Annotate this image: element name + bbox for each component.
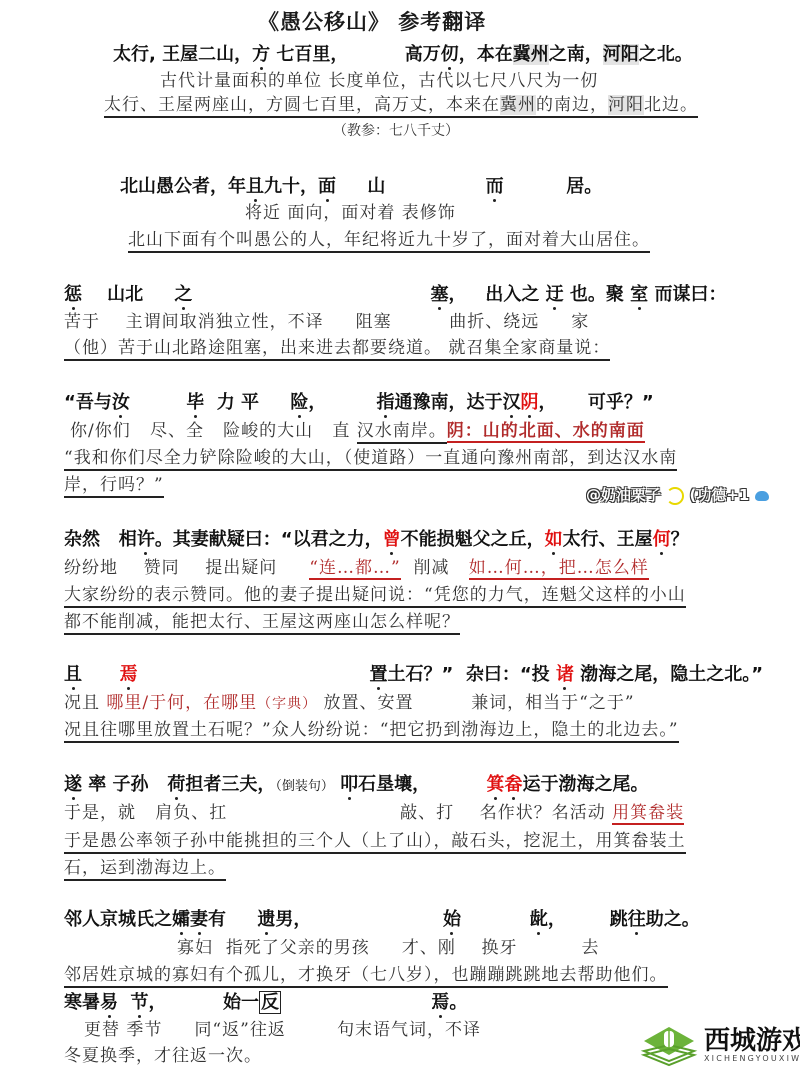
gloss-8-part: 寡妇 [177, 938, 213, 958]
gloss-2: 将近 面向，面对着 表修饰 [245, 198, 456, 223]
gloss-5-red: 如…何…，把…怎么样 [469, 558, 649, 580]
gloss-8: 寡妇 指死了父亲的男孩 才、刚 换牙 去 [177, 933, 600, 958]
gloss-9-part: 季节 [126, 1020, 162, 1040]
gloss-red-note: 阴：山的北面、水的南面 [447, 421, 645, 443]
gloss-9-part: 更替 [84, 1020, 120, 1040]
gloss-4: 你/你们 尽、全 险峻的大山 直 汉水南岸。阴：山的北面、水的南面 [70, 416, 645, 441]
gloss-9: 更替 季节 同“返”往返 句末语气词，不译 [84, 1015, 481, 1040]
original-text-8: 邻人京城氏之孀妻有 遗男， 始 龀， 跳往助之。 [64, 905, 700, 931]
translation-9: 冬夏换季，才往返一次。 [64, 1041, 262, 1067]
gloss-6-part: 放置、安置 [324, 693, 414, 713]
gloss-7-part: 肩负、扛 [155, 803, 227, 823]
gloss-9-part: 句末语气词，不译 [337, 1020, 481, 1040]
original-text-9: 寒暑易 节， 始一反 焉。 [64, 988, 467, 1014]
gloss-5-part: 提出疑问 [205, 558, 277, 578]
page-title: 《愚公移山》 参考翻译 [258, 6, 486, 36]
gloss-6-dictionary: （字典） [257, 696, 317, 712]
gloss-5: 纷纷地 赞同 提出疑问 “连…都…” 削减 如…何…，把…怎么样 [64, 553, 649, 578]
original-text-7: 遂 率 子孙 荷担者三夫，（倒装句） 叩石垦壤， 箕畚运于渤海之尾。 [64, 770, 649, 796]
translation-8: 邻居姓京城的寡妇有个孤儿，才换牙（七八岁），也蹦蹦跳跳地去帮助他们。 [64, 960, 668, 988]
translation-1: 太行、王屋两座山，方圆七百里，高万丈，本来在冀州的南边，河阳北边。 [104, 90, 698, 118]
gloss-5-part: 赞同 [144, 558, 180, 578]
gloss-7-red: 用箕畚装 [612, 803, 684, 825]
watermark: @奶油栗子 (功德+1 [586, 484, 769, 505]
gloss-6-part: 兼词，相当于“之于” [471, 693, 634, 713]
translation-5-line1: 大家纷纷的表示赞同。他的妻子提出疑问说：“凭您的力气，连魁父这样的小山 [64, 580, 686, 608]
whale-icon [755, 491, 769, 501]
translation-7-line2: 石，运到渤海边上。 [64, 853, 226, 881]
original-text-3: 惩 山北 之 塞， 出入之 迂 也。聚 室 而谋曰： [64, 280, 726, 306]
gloss-7: 于是，就 肩负、扛 敲、打 名作状？名活动 用箕畚装 [64, 798, 684, 823]
watermark-handle: @奶油栗子 [586, 486, 661, 504]
gloss-7-part: 名作状？名活动 [480, 803, 606, 823]
gloss-5-part: 纷纷地 [64, 558, 118, 578]
gloss-9-part: 同“返”往返 [194, 1020, 285, 1040]
logo-pinyin: XICHENGYOUXIWANG [704, 1054, 800, 1063]
gloss-6-part: 况且 [64, 693, 100, 713]
translation-7-line1: 于是愚公率领子孙中能挑担的三个人（上了山），敲石头，挖泥土，用箕畚装土 [64, 826, 686, 854]
gloss-3: 苦于 主谓间取消独立性，不译 阻塞 曲折、绕远 家 [64, 307, 589, 332]
gloss-5-red: “连…都…” [309, 558, 400, 580]
translation-6: 况且往哪里放置土石呢？”众人纷纷说：“把它扔到渤海边上，隐土的北边去。” [64, 715, 679, 743]
gloss-underlined: 汉水南岸。 [357, 421, 447, 444]
translation-4-line1: “我和你们尽全力铲除险峻的大山，（使道路）一直通向豫州南部，到达汉水南 [64, 443, 677, 471]
gloss-5-part: 削减 [413, 558, 449, 578]
gloss-1: 古代计量面积的单位 长度单位，古代以七尺八尺为一仞 [160, 66, 598, 91]
moon-icon [666, 487, 684, 505]
gloss-7-part: 敲、打 [400, 803, 454, 823]
gloss-8-part: 换牙 [481, 938, 517, 958]
gloss-8-part: 去 [582, 938, 600, 958]
original-text-4: “吾与汝 毕 力 平 险， 指通豫南，达于汉阴， 可乎？” [64, 388, 654, 414]
translation-4-line2: 岸，行吗？” [64, 470, 164, 498]
watermark-suffix: (功德+1 [689, 486, 749, 504]
site-logo[interactable]: 西城游戏网 XICHENGYOUXIWANG [640, 1023, 800, 1067]
original-text-5: 杂然 相许。其妻献疑曰：“以君之力，曾不能损魁父之丘，如太行、王屋何？ [64, 525, 689, 551]
gloss-6-red: 哪里/于何，在哪里 [106, 693, 257, 713]
gloss-8-part: 才、刚 [402, 938, 456, 958]
gloss-8-part: 指死了父亲的男孩 [226, 938, 370, 958]
teacher-note: （教参：七八千丈） [333, 120, 459, 140]
translation-2: 北山下面有个叫愚公的人，年纪将近九十岁了，面对着大山居住。 [128, 225, 650, 253]
logo-leaf-icon [640, 1023, 698, 1067]
logo-name: 西城游戏网 [704, 1028, 800, 1054]
original-text-6: 且 焉 置土石？” 杂曰：“投 诸 渤海之尾，隐土之北。” [64, 660, 763, 686]
gloss-7-part: 于是，就 [64, 803, 136, 823]
gloss-6: 况且 哪里/于何，在哪里（字典） 放置、安置 兼词，相当于“之于” [64, 688, 635, 713]
translation-3: （他）苦于山北路途阻塞，出来进去都要绕道。 就召集全家商量说： [64, 333, 610, 361]
original-text-1: 太行, 王屋二山，方 七百里， 高万仞，本在冀州之南，河阳之北。 [113, 40, 693, 66]
original-text-2: 北山愚公者，年且九十，面 山 而 居。 [120, 172, 602, 198]
translation-5-line2: 都不能削减，能把太行、王屋这两座山怎么样呢？ [64, 607, 460, 635]
